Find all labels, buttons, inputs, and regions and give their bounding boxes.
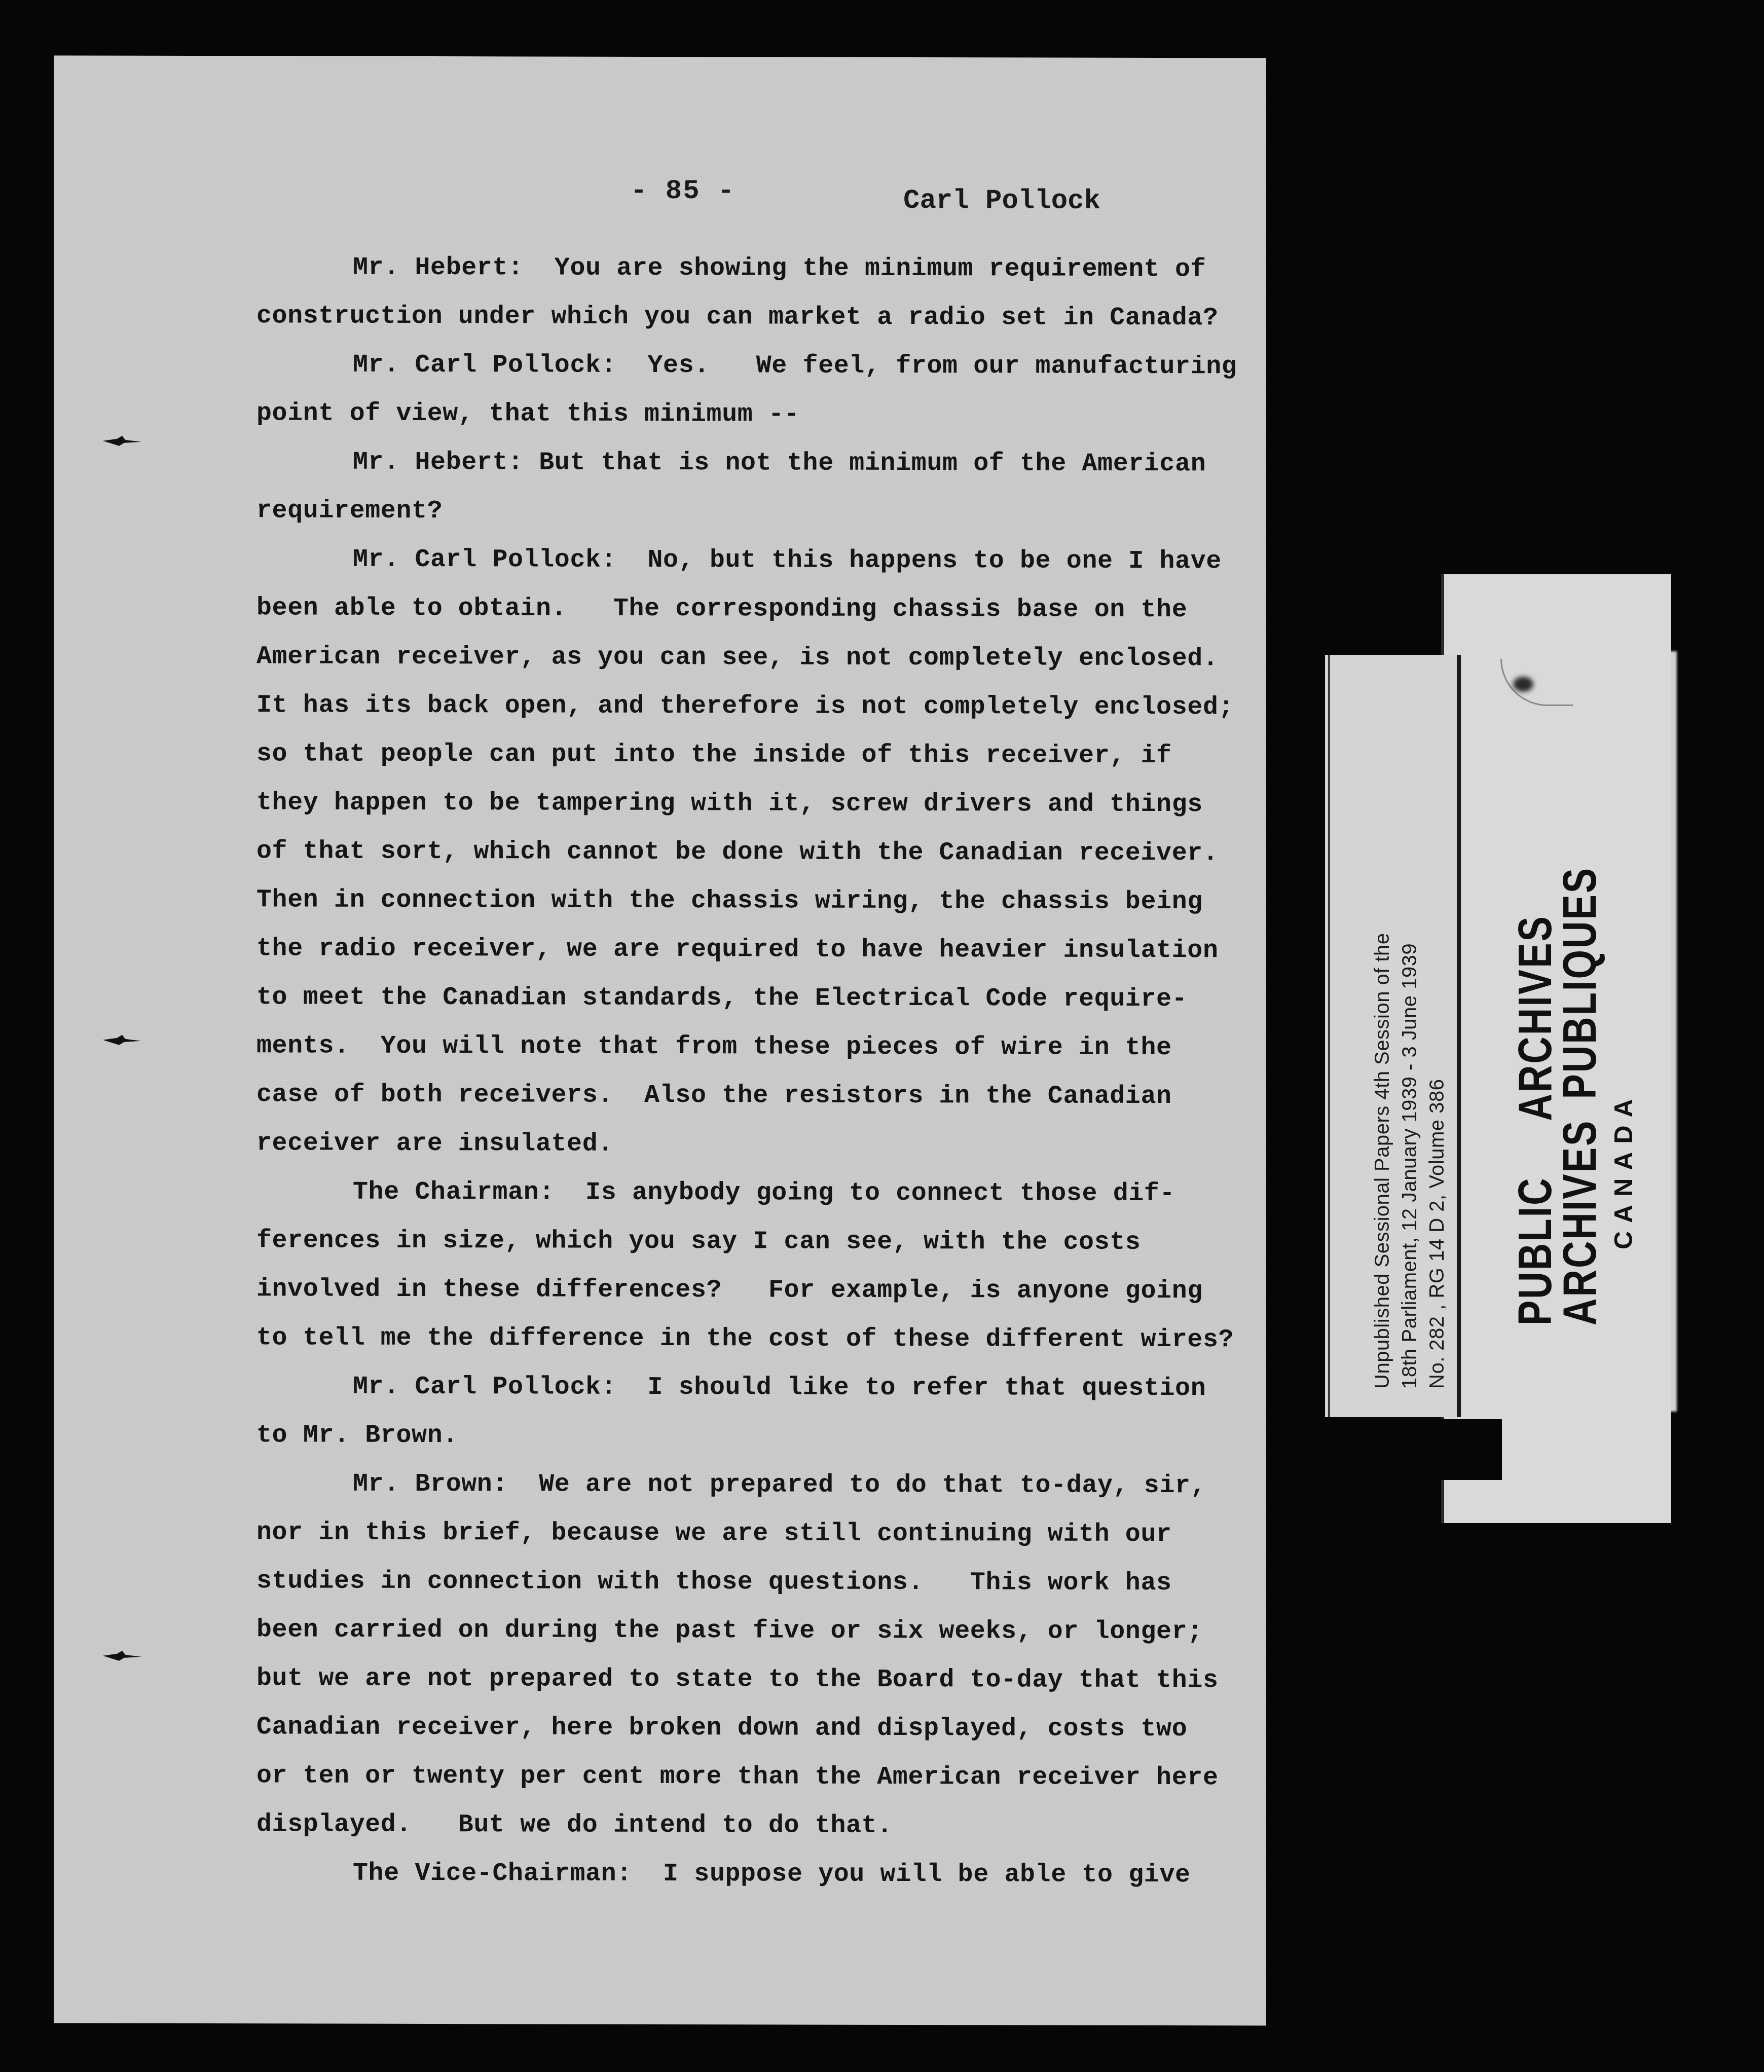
transcript-line: point of view, that this minimum -- [256,389,1270,440]
transcript-line: Mr. Carl Pollock: Yes. We feel, from our… [256,341,1270,391]
card-smudge [1513,677,1533,692]
transcript-line: so that people can put into the inside o… [256,730,1270,781]
transcript-line: Canadian receiver, here broken down and … [256,1703,1270,1754]
typed-document-page: - 85 - Carl Pollock Mr. Hebert: You are … [54,55,1266,2025]
transcript-line: they happen to be tampering with it, scr… [256,779,1270,829]
transcript-line: Mr. Hebert: But that is not the minimum … [256,438,1270,489]
transcript-line: The Chairman: Is anybody going to connec… [256,1168,1270,1218]
transcript-line: studies in connection with those questio… [256,1557,1270,1608]
transcript-line: been able to obtain. The corresponding c… [256,584,1270,635]
transcript-line: case of both receivers. Also the resisto… [256,1070,1270,1121]
citation-line: 18th Parliament, 12 January 1939 - 3 Jun… [1396,933,1423,1389]
stamp-row-country: CANADA [1602,867,1645,1325]
sessional-papers-citation: Unpublished Sessional Papers 4th Session… [1369,933,1451,1389]
transcript-line: requirement? [256,487,1270,537]
transcript-line: but we are not prepared to state to the … [256,1654,1270,1705]
transcript-line: Mr. Brown: We are not prepared to do tha… [256,1460,1270,1510]
card-notch [1441,1419,1502,1480]
transcript-line: ments. You will note that from these pie… [256,1022,1270,1072]
transcript-line: the radio receiver, we are required to h… [256,924,1270,975]
punch-hole-mark-icon [102,435,142,447]
transcript-line: Then in connection with the chassis wiri… [256,876,1270,927]
transcript-line: been carried on during the past five or … [256,1606,1270,1656]
transcript-line: to meet the Canadian standards, the Elec… [256,973,1270,1024]
transcript-line: nor in this brief, because we are still … [256,1508,1270,1559]
transcript-line: displayed. But we do intend to do that. [256,1800,1270,1851]
citation-line: No. 282 , RG 14 D 2, Volume 386 [1423,933,1451,1389]
stamp-word: ARCHIVES [1554,1120,1606,1325]
public-archives-stamp: PUBLICARCHIVES ARCHIVESPUBLIQUES CANADA [1513,867,1645,1325]
transcript-line: of that sort, which cannot be done with … [256,827,1270,878]
transcript-line: construction under which you can market … [256,292,1270,343]
transcript-line: Mr. Carl Pollock: No, but this happens t… [256,535,1270,586]
transcript-line: or ten or twenty per cent more than the … [256,1752,1270,1802]
transcript-line: The Vice-Chairman: I suppose you will be… [256,1849,1270,1900]
transcript-line: receiver are insulated. [256,1119,1270,1170]
transcript-line: to Mr. Brown. [256,1411,1270,1462]
transcript-line: It has its back open, and therefore is n… [256,681,1270,732]
page-number: - 85 - [631,176,735,207]
punch-hole-mark-icon [102,1650,142,1662]
citation-line: Unpublished Sessional Papers 4th Session… [1369,933,1396,1389]
transcript-line: Mr. Carl Pollock: I should like to refer… [256,1362,1270,1413]
transcript-line: involved in these differences? For examp… [256,1265,1270,1316]
transcript-line: Mr. Hebert: You are showing the minimum … [256,243,1270,294]
punch-hole-mark-icon [102,1034,142,1046]
page-header: - 85 - Carl Pollock [54,174,1266,217]
stamp-row-french: ARCHIVESPUBLIQUES [1552,867,1608,1325]
running-head: Carl Pollock [903,186,1100,217]
transcript-body: Mr. Hebert: You are showing the minimum … [256,243,1270,1900]
stamp-word: PUBLIQUES [1554,867,1606,1099]
transcript-line: ferences in size, which you say I can se… [256,1216,1270,1267]
transcript-line: American receiver, as you can see, is no… [256,633,1270,683]
transcript-line: to tell me the difference in the cost of… [256,1314,1270,1364]
